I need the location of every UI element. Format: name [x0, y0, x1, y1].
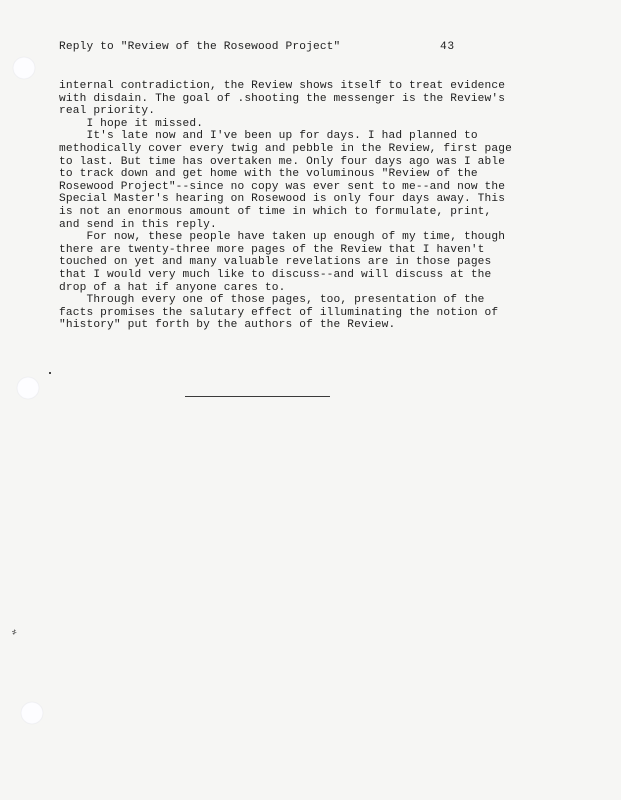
text-line: Through every one of those pages, too, p… — [59, 294, 579, 307]
text-line: For now, these people have taken up enou… — [59, 231, 579, 244]
text-line: facts promises the salutary effect of il… — [59, 307, 579, 320]
punch-hole — [17, 377, 39, 399]
punch-hole — [21, 702, 43, 724]
text-line: is not an enormous amount of time in whi… — [59, 206, 579, 219]
text-line: that I would very much like to discuss--… — [59, 269, 579, 282]
text-line: "history" put forth by the authors of th… — [59, 319, 579, 332]
text-line: and send in this reply. — [59, 219, 579, 232]
text-line: there are twenty-three more pages of the… — [59, 244, 579, 257]
end-rule — [185, 396, 330, 397]
page-number: 43 — [440, 41, 455, 53]
text-line: Special Master's hearing on Rosewood is … — [59, 193, 579, 206]
scan-speck — [49, 372, 51, 374]
text-line: Rosewood Project"--since no copy was eve… — [59, 181, 579, 194]
text-line: drop of a hat if anyone cares to. — [59, 282, 579, 295]
punch-hole — [13, 57, 35, 79]
text-line: real priority. — [59, 105, 579, 118]
text-line: with disdain. The goal of .shooting the … — [59, 93, 579, 106]
stray-pen-mark: ≠ — [12, 629, 23, 641]
text-line: internal contradiction, the Review shows… — [59, 80, 579, 93]
body-text: internal contradiction, the Review shows… — [59, 80, 579, 332]
text-line: to track down and get home with the volu… — [59, 168, 579, 181]
text-line: I hope it missed. — [59, 118, 579, 131]
text-line: touched on yet and many valuable revelat… — [59, 256, 579, 269]
text-line: to last. But time has overtaken me. Only… — [59, 156, 579, 169]
running-header: Reply to "Review of the Rosewood Project… — [59, 41, 340, 53]
text-line: methodically cover every twig and pebble… — [59, 143, 579, 156]
document-page: Reply to "Review of the Rosewood Project… — [0, 0, 621, 800]
text-line: It's late now and I've been up for days.… — [59, 130, 579, 143]
